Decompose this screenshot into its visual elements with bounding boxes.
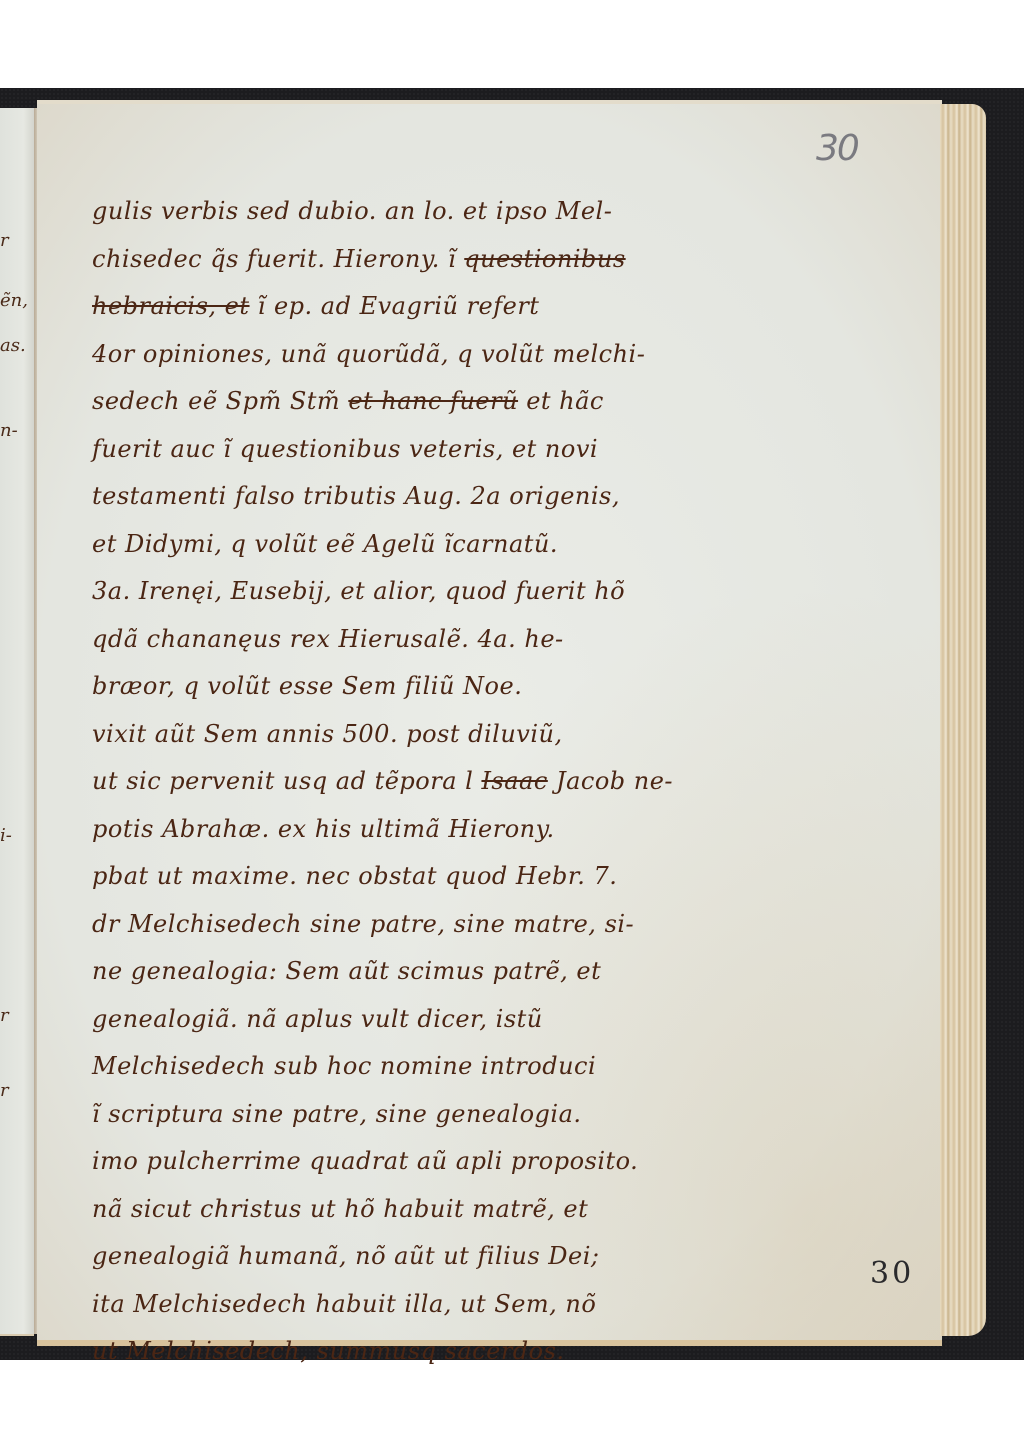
text-line: 3a. Irenęi, Eusebij, et alior, quod fuer… [92, 568, 792, 616]
folio-number-stamp: 30 [870, 1256, 914, 1291]
text-line: hebraicis, et ĩ ep. ad Evagriũ refert [92, 283, 792, 331]
text-line: ut sic pervenit usq ad tẽpora l Isaac Ja… [92, 758, 792, 806]
text-line: testamenti falso tributis Aug. 2a origen… [92, 473, 792, 521]
left-page-fragment: r [0, 230, 9, 251]
page-edge-stack [940, 104, 986, 1336]
text-line: 4or opiniones, unã quorũdã, q volũt melc… [92, 331, 792, 379]
text-line: chisedec q̃s fuerit. Hierony. ĩ question… [92, 236, 792, 284]
text-line: ita Melchisedech habuit illa, ut Sem, nõ [92, 1281, 792, 1329]
text-line: qdã chananęus rex Hierusalẽ. 4a. he- [92, 616, 792, 664]
text-line: Melchisedech sub hoc nomine introduci [92, 1043, 792, 1091]
left-page-fragment: i- [0, 825, 12, 846]
left-page-fragment: ẽn, [0, 290, 28, 311]
text-line: sedech eẽ Spm̃ Stm̃ et hanc fuerũ et hãc [92, 378, 792, 426]
text-line: nã sicut christus ut hõ habuit matrẽ, et [92, 1186, 792, 1234]
facing-left-page: r ẽn, as. n- i- r r [0, 108, 34, 1336]
text-line: genealogiã. nã aplus vult dicer, istũ [92, 996, 792, 1044]
text-line: genealogiã humanã, nõ aũt ut filius Dei; [92, 1233, 792, 1281]
deleted-word: et hanc fuerũ [348, 387, 518, 415]
text-line: ut Melchisedech, summusq sacerdos. [92, 1328, 792, 1376]
folio-number-pencil: 30 [816, 128, 858, 169]
left-page-fragment: as. [0, 335, 26, 356]
left-page-fragment: r [0, 1005, 9, 1026]
text-line: dr Melchisedech sine patre, sine matre, … [92, 901, 792, 949]
text-line: et Didymi, q volũt eẽ Agelũ ĩcarnatũ. [92, 521, 792, 569]
text-line: ĩ scriptura sine patre, sine genealogia. [92, 1091, 792, 1139]
text-line: bræor, q volũt esse Sem filiũ Noe. [92, 663, 792, 711]
deleted-word: Isaac [481, 767, 547, 795]
text-line: vixit aũt Sem annis 500. post diluviũ, [92, 711, 792, 759]
text-line: imo pulcherrime quadrat aũ apli proposit… [92, 1138, 792, 1186]
deleted-word: questionibus [464, 245, 625, 273]
deleted-word: hebraicis, et [92, 292, 250, 320]
text-line: pbat ut maxime. nec obstat quod Hebr. 7. [92, 853, 792, 901]
left-page-fragment: r [0, 1080, 9, 1101]
text-line: fuerit auc ĩ questionibus veteris, et no… [92, 426, 792, 474]
manuscript-text: gulis verbis sed dubio. an lo. et ipso M… [92, 188, 792, 1376]
text-line: potis Abrahæ. ex his ultimã Hierony. [92, 806, 792, 854]
text-line: gulis verbis sed dubio. an lo. et ipso M… [92, 188, 792, 236]
left-page-fragment: n- [0, 420, 18, 441]
text-line: ne genealogia: Sem aũt scimus patrẽ, et [92, 948, 792, 996]
